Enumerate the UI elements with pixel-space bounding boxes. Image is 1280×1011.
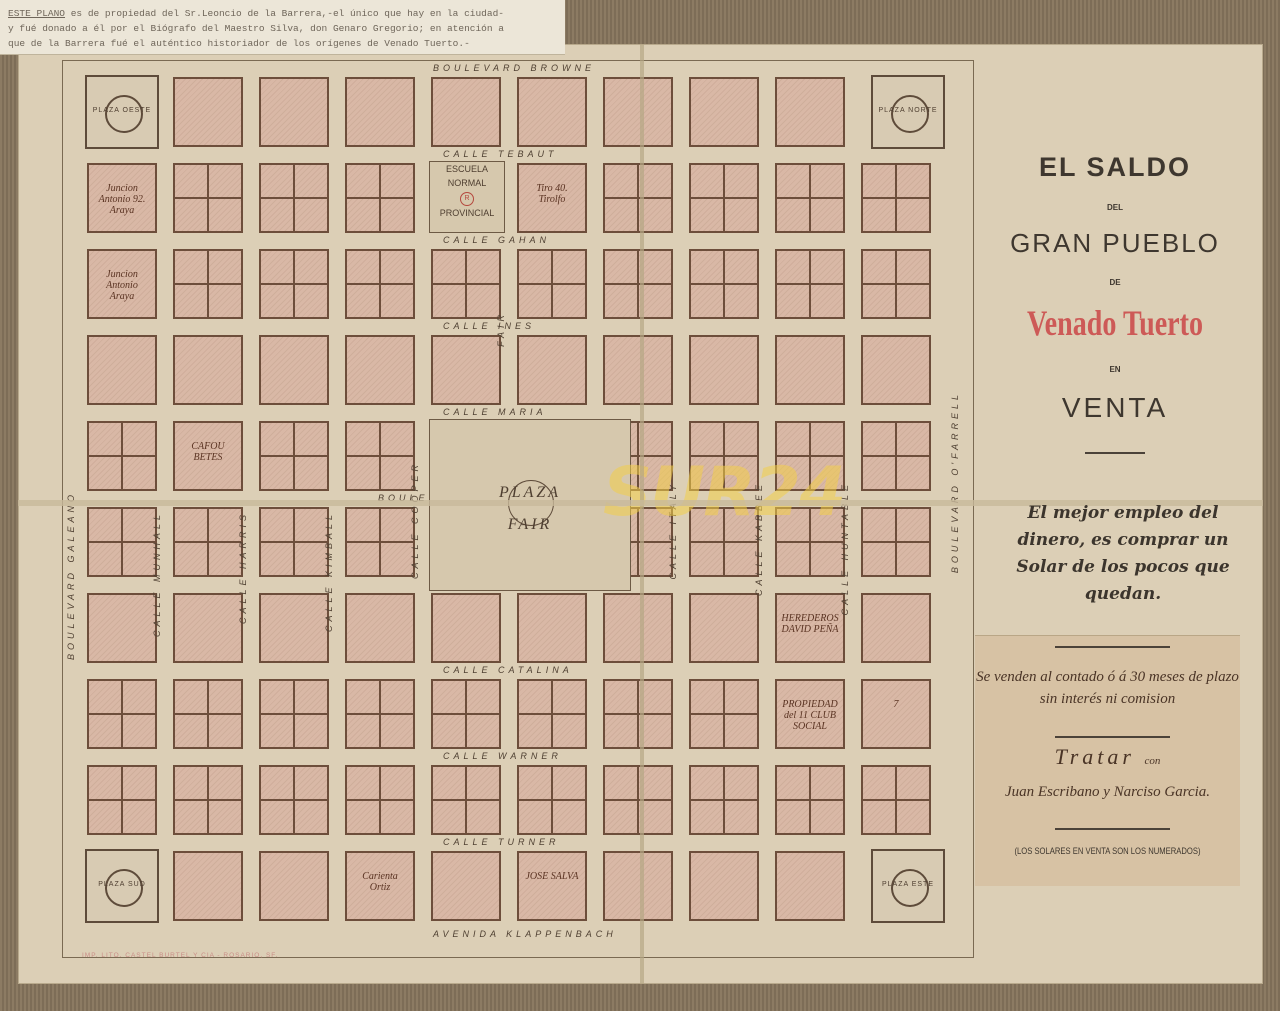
block-owner-note: Juncion Antonio Araya [93, 269, 151, 302]
city-block[interactable] [345, 679, 415, 749]
street-boulevard-ofarrell: BOULEVARD O'FARRELL [950, 391, 960, 573]
city-block[interactable] [603, 77, 673, 147]
city-block[interactable]: HEREDEROS DAVID PEÑA [775, 593, 845, 663]
contact-names: Juan Escribano y Narciso Garcia. [975, 784, 1240, 801]
city-block[interactable] [173, 77, 243, 147]
panel-town-name: Venado Tuerto [1006, 302, 1224, 344]
city-block[interactable] [259, 765, 329, 835]
city-block[interactable] [259, 421, 329, 491]
street-calle-turner: CALLE TURNER [443, 837, 560, 847]
city-block[interactable] [517, 593, 587, 663]
archive-note-line2: y fué donado a él por el Biógrafo del Ma… [8, 23, 504, 34]
archive-note: ESTE PLANO es de propiedad del Sr.Leonci… [0, 0, 565, 55]
city-block[interactable] [259, 593, 329, 663]
panel-de: DE [975, 278, 1255, 287]
city-block[interactable] [689, 765, 759, 835]
city-block[interactable] [431, 77, 501, 147]
city-block[interactable]: CAFOU BETES [173, 421, 243, 491]
city-block[interactable] [173, 163, 243, 233]
lot-number-badge: R [460, 192, 474, 206]
sale-terms: Se venden al contado ó á 30 meses de pla… [975, 666, 1240, 710]
city-block[interactable] [861, 249, 931, 319]
city-block[interactable]: 7 [861, 679, 931, 749]
divider [1085, 452, 1145, 454]
archive-note-lead: ESTE PLANO [8, 8, 65, 19]
archive-note-line1: es de propiedad del Sr.Leoncio de la Bar… [65, 8, 504, 19]
city-block[interactable] [259, 163, 329, 233]
street-calle-ines: CALLE INES [443, 321, 535, 331]
city-block[interactable] [259, 77, 329, 147]
street-avenida-klappenbach: AVENIDA KLAPPENBACH [433, 929, 617, 939]
city-block[interactable] [431, 679, 501, 749]
panel-venta: VENTA [975, 392, 1255, 424]
city-block[interactable] [861, 765, 931, 835]
city-block[interactable] [861, 593, 931, 663]
city-block[interactable] [173, 851, 243, 921]
city-block[interactable] [775, 335, 845, 405]
city-block[interactable] [345, 507, 415, 577]
city-block[interactable] [259, 249, 329, 319]
city-block[interactable] [431, 249, 501, 319]
plaza-ring-icon [105, 95, 143, 133]
city-block[interactable] [689, 335, 759, 405]
sale-panel: EL SALDO DEL GRAN PUEBLO DE Venado Tuert… [975, 60, 1255, 960]
city-block[interactable] [517, 765, 587, 835]
city-block[interactable] [689, 249, 759, 319]
street-calle-munhall: CALLE MUNHALL [152, 511, 162, 637]
handwritten-card: Se venden al contado ó á 30 meses de pla… [975, 635, 1240, 886]
city-block[interactable] [173, 593, 243, 663]
block-owner-note: HEREDEROS DAVID PEÑA [781, 613, 839, 635]
city-block[interactable]: JOSE SALVA [517, 851, 587, 921]
panel-slogan: El mejor empleo del dinero, es comprar u… [1011, 500, 1235, 608]
plaza-oeste[interactable]: PLAZA OESTE [85, 75, 159, 149]
city-block[interactable] [345, 163, 415, 233]
city-block[interactable] [431, 335, 501, 405]
city-block[interactable] [345, 335, 415, 405]
city-block[interactable] [517, 77, 587, 147]
city-block[interactable] [689, 77, 759, 147]
block-owner-note: Tiro 40. Tirolfo [523, 183, 581, 205]
city-block[interactable] [345, 593, 415, 663]
city-block[interactable] [603, 851, 673, 921]
block-owner-note: Juncion Antonio 92. Araya [93, 183, 151, 216]
city-block[interactable] [603, 335, 673, 405]
city-block[interactable] [603, 679, 673, 749]
divider [1055, 646, 1170, 648]
panel-title: EL SALDO [975, 152, 1255, 183]
city-block[interactable]: PROPIEDAD del 11 CLUB SOCIAL [775, 679, 845, 749]
city-block[interactable] [431, 851, 501, 921]
city-block[interactable]: Juncion Antonio 92. Araya [87, 163, 157, 233]
city-block[interactable] [689, 851, 759, 921]
city-block[interactable] [517, 335, 587, 405]
city-block[interactable] [861, 507, 931, 577]
city-block[interactable] [345, 249, 415, 319]
contact-label: Tratar con [975, 744, 1240, 770]
plaza-este[interactable]: PLAZA ESTE [871, 849, 945, 923]
panel-subtitle: GRAN PUEBLO [975, 228, 1255, 259]
street-calle-gahan: CALLE GAHAN [443, 235, 550, 245]
city-block[interactable] [173, 335, 243, 405]
block-owner-note: PROPIEDAD del 11 CLUB SOCIAL [781, 699, 839, 732]
divider [1055, 736, 1170, 738]
city-block[interactable] [775, 249, 845, 319]
street-boulevard-galeano: BOULEVARD GALEANO [66, 491, 76, 660]
city-block[interactable] [861, 335, 931, 405]
city-block[interactable] [173, 765, 243, 835]
city-block[interactable] [689, 679, 759, 749]
fold-line-vertical [640, 44, 644, 984]
city-block[interactable] [87, 335, 157, 405]
city-block[interactable]: Tiro 40. Tirolfo [517, 163, 587, 233]
city-block[interactable] [173, 507, 243, 577]
divider [1055, 828, 1170, 830]
plaza-sud[interactable]: PLAZA SUD [85, 849, 159, 923]
city-block[interactable] [259, 679, 329, 749]
panel-del: DEL [975, 203, 1255, 212]
street-calle-warner: CALLE WARNER [443, 751, 562, 761]
city-block[interactable] [259, 507, 329, 577]
city-block[interactable] [775, 851, 845, 921]
town-grid-map: Juncion Antonio 92. ArayaTiro 40. Tirolf… [62, 60, 974, 958]
city-block[interactable] [87, 421, 157, 491]
escuela-normal-block[interactable]: ESCUELA NORMAL R PROVINCIAL [429, 161, 505, 233]
street-calle-harris: CALLE HARRIS [238, 511, 248, 624]
block-owner-note: Carienta Ortiz [351, 871, 409, 893]
city-block[interactable] [345, 765, 415, 835]
city-block[interactable] [345, 421, 415, 491]
street-fair: FAIR [496, 311, 506, 347]
city-block[interactable] [603, 765, 673, 835]
city-block[interactable] [87, 765, 157, 835]
street-boulevard-browne: BOULEVARD BROWNE [433, 63, 595, 73]
city-block[interactable] [861, 163, 931, 233]
printer-imprint: IMP. LITO. CASTEL BURTEL Y CIA - ROSARIO… [82, 952, 278, 959]
plaza-norte[interactable]: PLAZA NORTE [871, 75, 945, 149]
city-block[interactable] [517, 249, 587, 319]
street-calle-cooper: CALLE COOPER [410, 461, 420, 579]
city-block[interactable]: Carienta Ortiz [345, 851, 415, 921]
street-calle-kimball: CALLE KIMBALL [324, 511, 334, 632]
city-block[interactable] [775, 77, 845, 147]
city-block[interactable] [775, 163, 845, 233]
city-block[interactable] [517, 679, 587, 749]
plaza-ring-icon [891, 95, 929, 133]
plaza-ring-icon [891, 869, 929, 907]
city-block[interactable] [861, 421, 931, 491]
block-owner-note: 7 [867, 699, 925, 710]
city-block[interactable] [603, 163, 673, 233]
street-calle-tebaut: CALLE TEBAUT [443, 149, 558, 159]
city-block[interactable] [689, 163, 759, 233]
city-block[interactable] [775, 765, 845, 835]
archive-note-line3: que de la Barrera fué el auténtico histo… [8, 38, 470, 49]
panel-en: EN [975, 365, 1255, 374]
city-block[interactable] [431, 765, 501, 835]
street-calle-maria: CALLE MARIA [443, 407, 547, 417]
city-block[interactable] [87, 593, 157, 663]
street-calle-catalina: CALLE CATALINA [443, 665, 573, 675]
numbered-lots-note: (LOS SOLARES EN VENTA SON LOS NUMERADOS) [995, 846, 1220, 856]
city-block[interactable] [259, 851, 329, 921]
city-block[interactable] [603, 249, 673, 319]
city-block[interactable] [689, 593, 759, 663]
city-block[interactable]: Juncion Antonio Araya [87, 249, 157, 319]
city-block[interactable] [345, 77, 415, 147]
city-block[interactable] [431, 593, 501, 663]
block-owner-note: CAFOU BETES [179, 441, 237, 463]
city-block[interactable] [603, 593, 673, 663]
city-block[interactable] [173, 679, 243, 749]
city-block[interactable] [87, 679, 157, 749]
city-block[interactable] [87, 507, 157, 577]
block-owner-note: JOSE SALVA [523, 871, 581, 882]
city-block[interactable] [259, 335, 329, 405]
plaza-ring-icon [105, 869, 143, 907]
city-block[interactable] [173, 249, 243, 319]
